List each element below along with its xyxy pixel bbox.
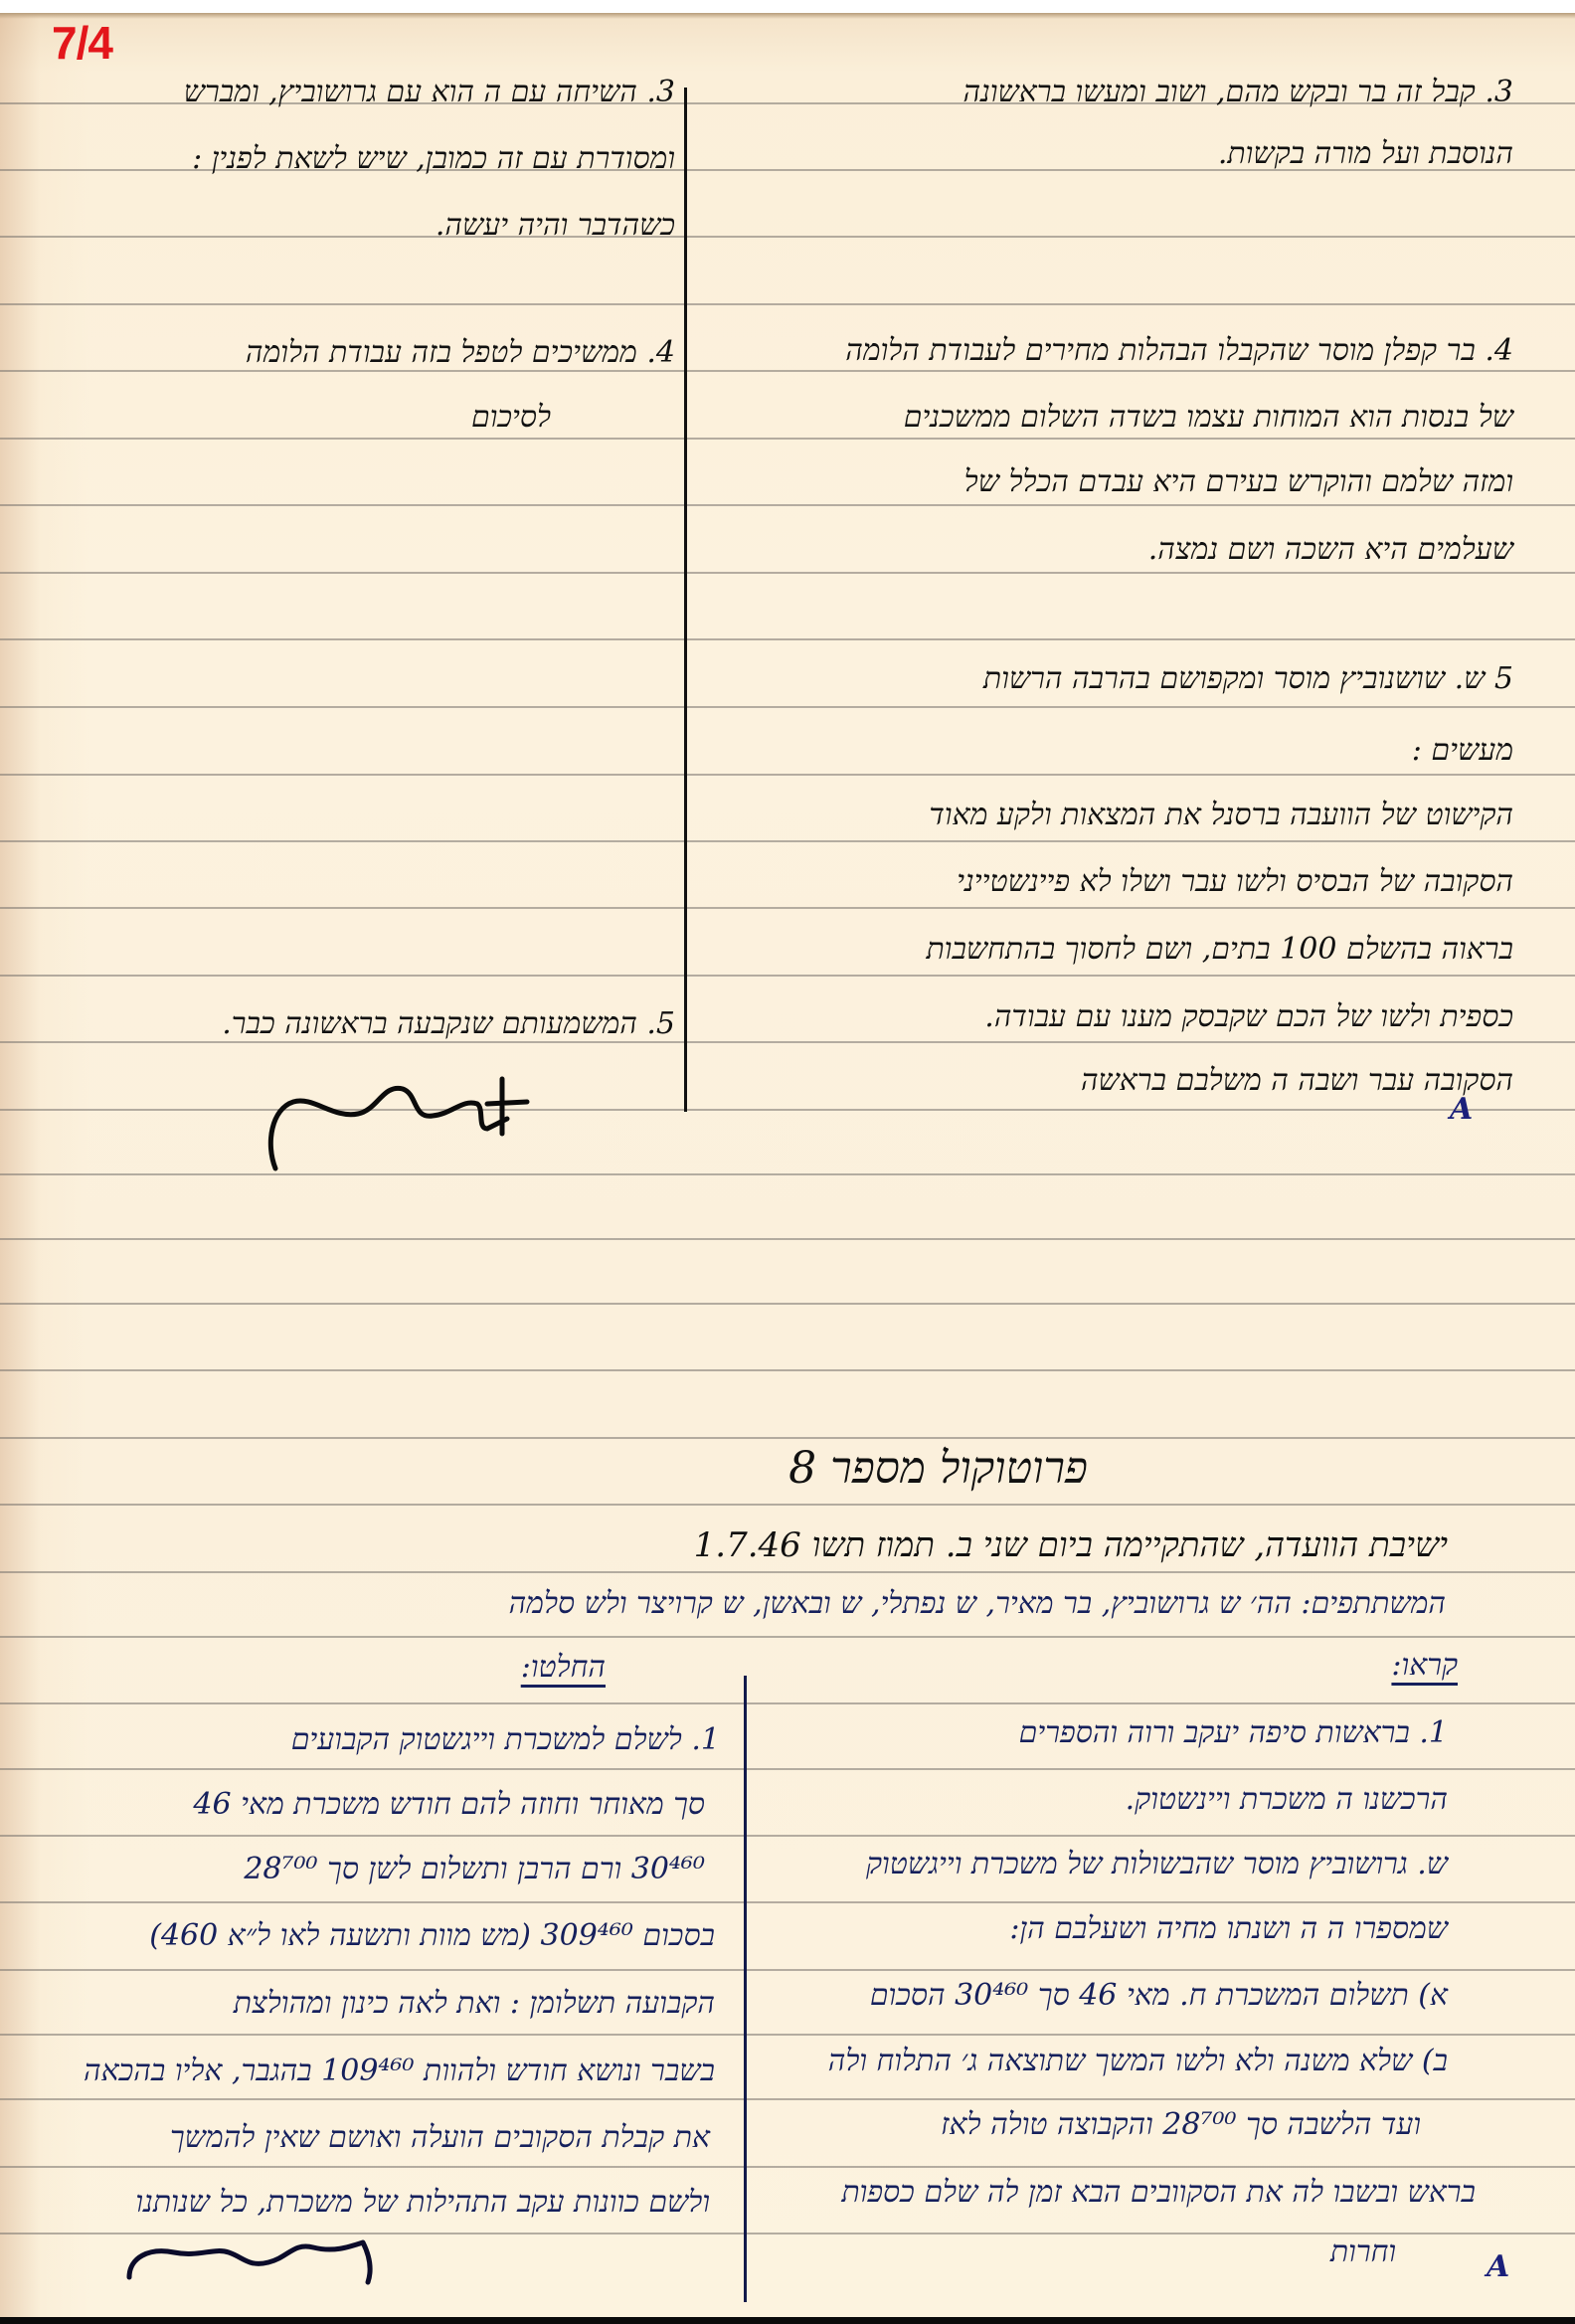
bottom-left-line-4: בסכום 309⁴⁶⁰ (מש מוות ותשעה לאו ל״א 460) [149, 1921, 715, 1951]
ruled-line [0, 1768, 1575, 1770]
initial-mark-bottom: A [1487, 2249, 1509, 2284]
ruled-line [0, 1437, 1575, 1439]
column-divider-top [684, 88, 687, 1112]
top-left-item-4-line-1: 4. ממשיכים לטפל בזה עבודת הלומה [246, 338, 675, 368]
bottom-right-line-2: הרכשנו ה משכרת ויינשטוק. [1126, 1785, 1448, 1815]
top-left-item-3-line-3: כשהדבר והיה יעשה. [436, 211, 675, 241]
top-right-item-5-line-1: 5 ש. שושנוביץ מוסר ומקפושם בהרבה הרשות [983, 664, 1513, 694]
ruled-line [0, 1504, 1575, 1506]
initial-mark-top: A [1450, 1092, 1473, 1127]
ruled-line [0, 1969, 1575, 1971]
ruled-line [0, 2098, 1575, 2100]
top-right-item-5-line-3: הקישוט של הוועבה ברסנל את המצאות ולקע מא… [929, 801, 1513, 830]
ruled-line [0, 907, 1575, 909]
ruled-line [0, 1238, 1575, 1240]
ruled-line [0, 638, 1575, 640]
bottom-right-line-4: שמספרו ה ה ושנתו מחיה ושעלבם הן: [1009, 1914, 1448, 1944]
bottom-right-line-9: וחרות [1330, 2237, 1396, 2267]
bottom-left-line-3: 30⁴⁶⁰ ורם הרבן ותשלום לשן סך 28⁷⁰⁰ [244, 1855, 705, 1884]
bottom-right-line-8: בראש ובשבו לה את הסקוובים הבא זמן לה שלם… [841, 2178, 1476, 2208]
ruled-line [0, 1835, 1575, 1837]
signature-bottom [119, 2228, 398, 2297]
ruled-line [0, 1702, 1575, 1704]
section-heading-read: קראו: [1391, 1651, 1458, 1681]
page-number-label: 7/4 [52, 20, 112, 66]
ruled-line [0, 370, 1575, 372]
bottom-right-line-1: 1. בראשות סיפה יעקב ורוה והספרים [1019, 1718, 1448, 1748]
ruled-line [0, 1571, 1575, 1573]
signature-top [263, 1074, 562, 1173]
section-heading-decided: החלטו: [521, 1653, 606, 1683]
top-left-item-3-line-1: 3. השיחה עם ה הוא עם גרושוביץ, ומברש [184, 78, 675, 107]
bottom-right-line-3: ש. גרושוביץ מוסר שהבשולות של משכרת וייגש… [866, 1850, 1448, 1879]
attendees-line: המשתתפים: הה׳ ש גרושוביץ, בר מאיר, ש נפת… [509, 1589, 1446, 1619]
bottom-left-line-6: בשבר ונושא חודש ולהוות 109⁴⁶⁰ בהגבר, אלי… [84, 2056, 715, 2086]
column-divider-bottom [744, 1676, 747, 2302]
scan-bottom-edge [0, 2317, 1575, 2324]
ruled-line [0, 303, 1575, 305]
ruled-line [0, 1636, 1575, 1638]
top-right-item-3-line-1: 3. קבל זה בר ובקש מהם, ושוב ומעשו בראשונ… [963, 78, 1514, 107]
ruled-line [0, 840, 1575, 842]
bottom-left-line-8: ולשם כוונות עקב התהילות של משכרת, כל שנו… [135, 2188, 710, 2218]
top-right-item-5-line-7: הסקובה עבר ושבה ה משלבם בראשה [1081, 1066, 1513, 1096]
ruled-line [0, 706, 1575, 708]
ruled-line [0, 438, 1575, 440]
bottom-right-line-7: ועד הלשבה סך 28⁷⁰⁰ והקבוצה טולה לאז [941, 2110, 1421, 2140]
protocol-title: פרוטוקול מספר 8 [788, 1447, 1088, 1491]
top-left-item-5: 5. המשמעותם שנקבעה בראשונה כבר. [222, 1009, 675, 1039]
ruled-line [0, 1303, 1575, 1305]
ruled-line [0, 236, 1575, 238]
ruled-line [0, 572, 1575, 574]
ruled-line [0, 1901, 1575, 1903]
ruled-line [0, 975, 1575, 977]
bottom-right-line-6: ב) שלא משנה ולא ולשו המשך שתוצאה ג׳ התלו… [828, 2047, 1448, 2076]
ruled-line [0, 2166, 1575, 2168]
top-left-item-3-line-2: ומסודרת עם זה כמובן, שיש לשאת לפנין : [192, 144, 675, 174]
meeting-date-line: ישיבת הוועדה, שהתקיימה ביום שני ב. תמוז … [694, 1528, 1448, 1562]
top-right-item-4-line-1: 4. בר קפלן מוסר שהקבלו הבהלות מחירים לעב… [845, 336, 1513, 366]
bottom-left-line-7: את קבלת הסקובים הועלה ואושם שאין להמשך [170, 2123, 710, 2153]
bottom-left-line-1: 1. לשלם למשכרת וייגשטוק הקבועים [291, 1725, 720, 1755]
ruled-line [0, 1173, 1575, 1175]
ruled-line [0, 2034, 1575, 2036]
top-right-item-4-line-4: שעלמים היא השכה ושם נמצה. [1148, 535, 1513, 565]
bottom-right-line-5: א) תשלום המשכרת ח. מאי 46 סך 30⁴⁶⁰ הסכום [870, 1981, 1448, 2011]
ruled-line [0, 504, 1575, 506]
top-right-item-5-line-4: הסקובה של הבסיס ולשו עבר ושלו לא פיינשטי… [957, 867, 1513, 897]
top-right-item-4-line-3: ומזה שלמם והוקרש בעירם היא עבדם הכלל של [964, 467, 1513, 497]
ruled-line [0, 774, 1575, 776]
ruled-line [0, 1109, 1575, 1111]
bottom-left-line-2: סך מאוחר וחוזה להם חודש משכרת מאי 46 [193, 1790, 705, 1820]
top-left-item-4-line-2: לסיכום [471, 403, 551, 433]
top-right-item-5-line-2: מעשים : [1412, 736, 1513, 766]
ruled-line [0, 1369, 1575, 1371]
top-right-item-3-line-2: הנוסבת ועל מורה בקשות. [1218, 139, 1513, 169]
ruled-line [0, 1041, 1575, 1043]
top-right-item-4-line-2: של בנסות הוא המוחות עצמו בשדה השלום ממשכ… [904, 403, 1513, 433]
bottom-left-line-5: הקבועה תשלומן : ואת לאה כינון ומהולצת [234, 1989, 715, 2019]
top-right-item-5-line-6: כספית ולשו של הכם שקבסק מענו עם עבודה. [984, 1002, 1513, 1032]
top-right-item-5-line-5: בראוה בהשלם 100 בתים, ושם לחסוך בהתחשבות [926, 935, 1513, 965]
